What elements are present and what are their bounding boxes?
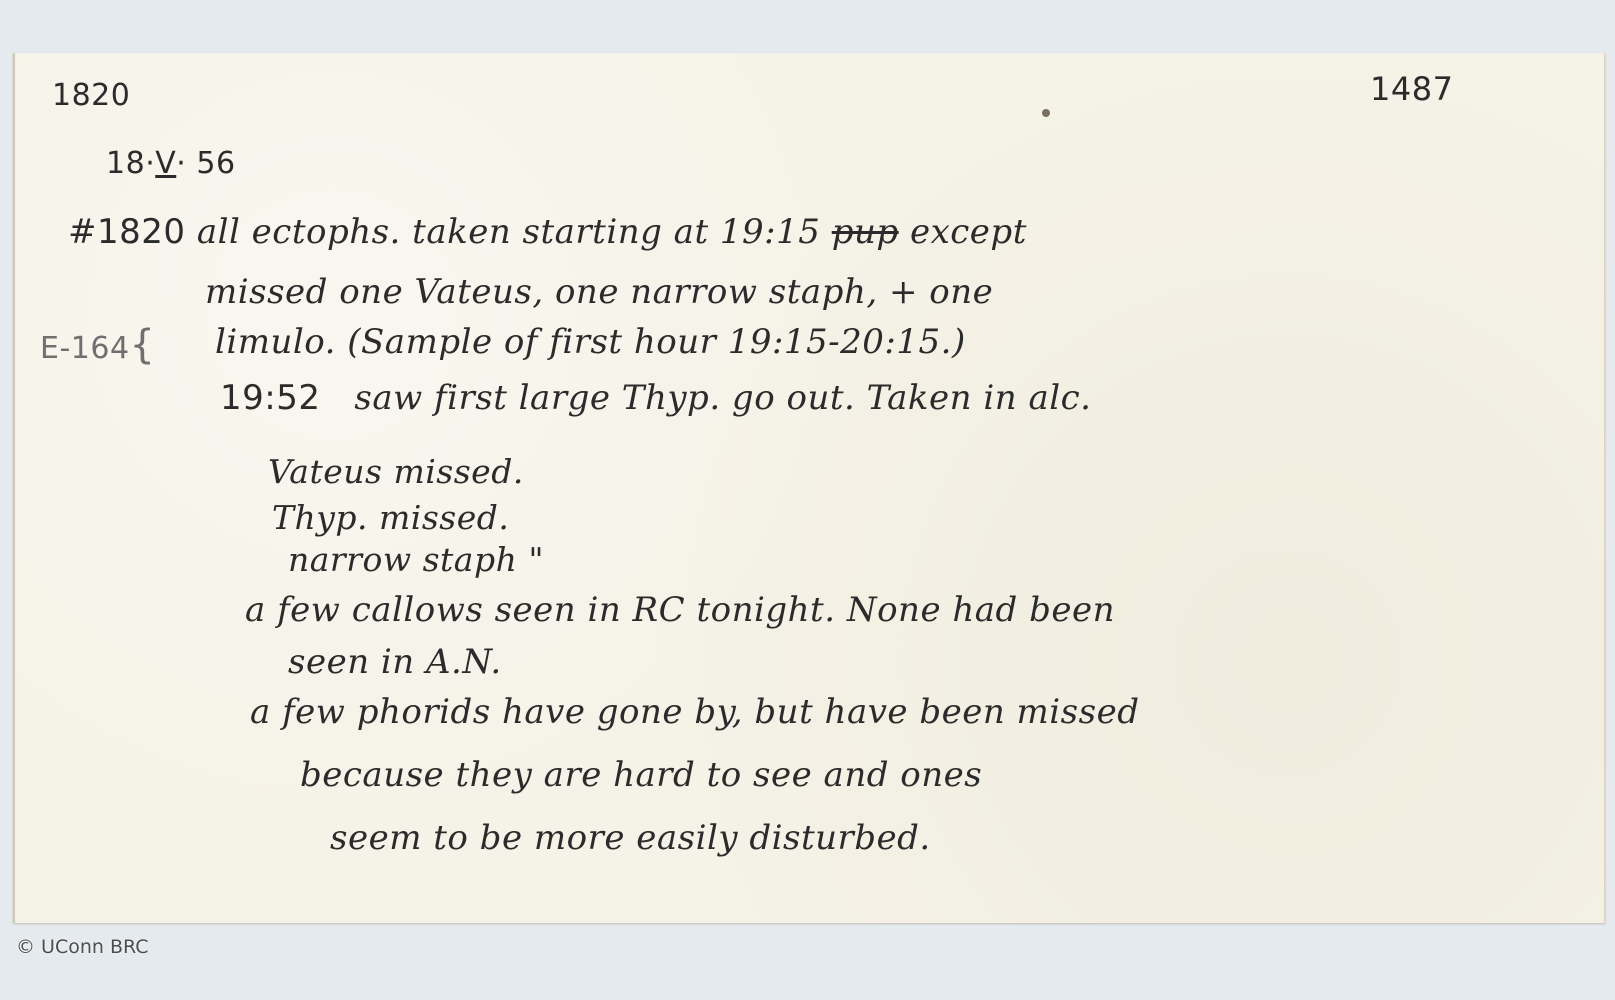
date-year: 56: [196, 146, 235, 181]
date-month: V: [155, 146, 176, 181]
margin-brace: {: [130, 322, 156, 368]
date-day: 18: [106, 146, 145, 181]
date-sep-1: ·: [145, 146, 155, 181]
note-line-2: missed one Vateus, one narrow staph, + o…: [205, 272, 993, 312]
note-line-5: Vateus missed.: [268, 452, 524, 491]
note-line-3: limulo. (Sample of first hour 19:15-20:1…: [215, 322, 966, 362]
line-4-text: saw first large Thyp. go out. Taken in a…: [354, 378, 1091, 418]
line-1-suffix: except: [910, 212, 1027, 252]
struck-word: pup: [832, 212, 899, 252]
date-sep-2: ·: [176, 146, 186, 181]
note-line-1: #1820 all ectophs. taken starting at 19:…: [68, 212, 1027, 252]
note-line-8: a few callows seen in RC tonight. None h…: [245, 590, 1115, 630]
note-line-12: seem to be more easily disturbed.: [330, 818, 931, 858]
copyright-label: © UConn BRC: [16, 936, 149, 958]
entry-number: #1820: [68, 212, 186, 252]
note-line-9: seen in A.N.: [288, 642, 502, 682]
catalog-number: 1820: [52, 78, 130, 113]
margin-note-text: E-164: [40, 331, 130, 366]
margin-note: E-164{: [40, 322, 156, 368]
pin-hole: [1042, 109, 1050, 117]
date: 18·V· 56: [106, 146, 236, 181]
note-line-7: narrow staph ": [288, 540, 544, 579]
line-1-text: all ectophs. taken starting at 19:15: [197, 212, 821, 252]
note-line-4: 19:52 saw first large Thyp. go out. Take…: [220, 378, 1091, 418]
observation-time: 19:52: [220, 378, 320, 418]
page-number: 1487: [1370, 70, 1453, 108]
note-line-10: a few phorids have gone by, but have bee…: [250, 692, 1139, 732]
note-line-6: Thyp. missed.: [272, 498, 509, 537]
note-line-11: because they are hard to see and ones: [300, 755, 982, 795]
